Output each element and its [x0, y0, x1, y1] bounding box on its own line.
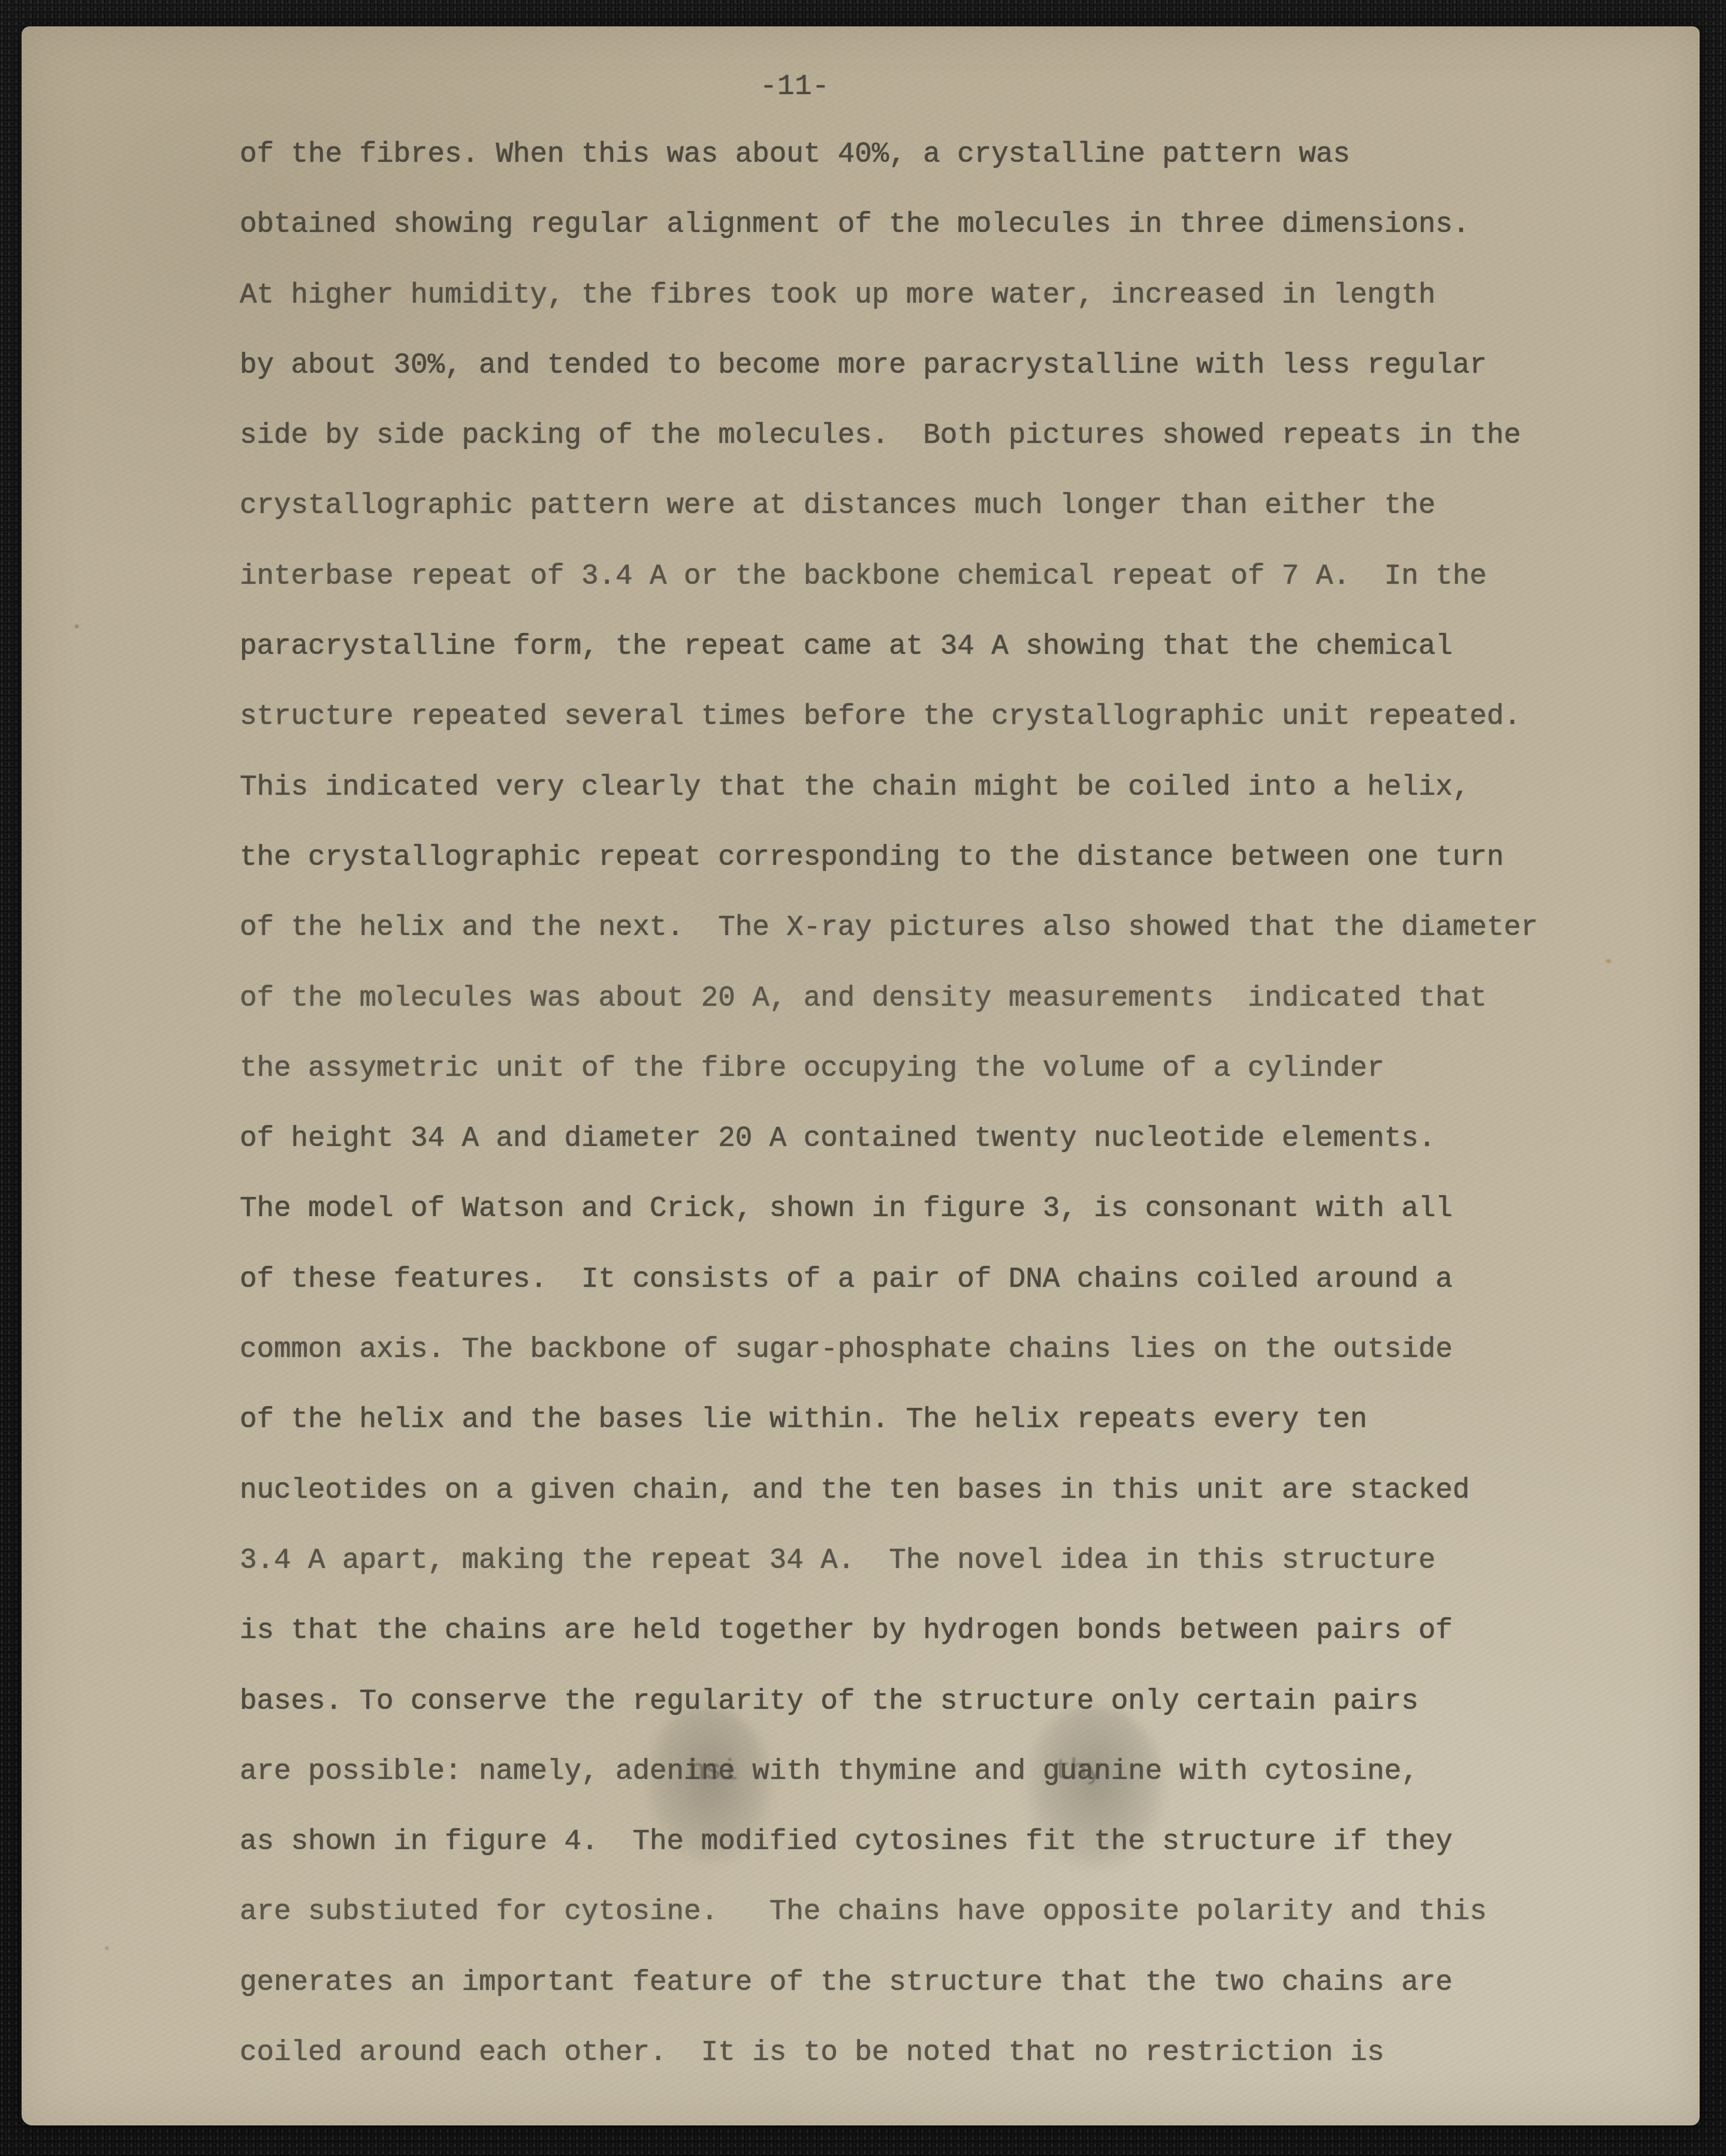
- typed-line: interbase repeat of 3.4 A or the backbon…: [240, 542, 1618, 612]
- typed-line: are substiuted for cytosine. The chains …: [240, 1877, 1618, 1947]
- typed-line: of height 34 A and diameter 20 A contain…: [240, 1104, 1618, 1174]
- typed-line: paracrystalline form, the repeat came at…: [240, 612, 1618, 682]
- typed-line: is that the chains are held together by …: [240, 1596, 1618, 1666]
- typed-line: the crystallographic repeat correspondin…: [240, 823, 1618, 893]
- typed-line: of the molecules was about 20 A, and den…: [240, 964, 1618, 1034]
- typed-line: of these features. It consists of a pair…: [240, 1245, 1618, 1315]
- typed-line: crystallographic pattern were at distanc…: [240, 471, 1618, 541]
- typed-line: the assymetric unit of the fibre occupyi…: [240, 1034, 1618, 1104]
- typed-line: of the fibres. When this was about 40%, …: [240, 120, 1618, 190]
- typed-line: of the helix and the bases lie within. T…: [240, 1385, 1618, 1455]
- typed-line: as shown in figure 4. The modified cytos…: [240, 1807, 1618, 1877]
- typed-line: common axis. The backbone of sugar-phosp…: [240, 1315, 1618, 1385]
- typed-line: are possible: namely, adenine with thymi…: [240, 1737, 1618, 1807]
- page-number: -11-: [760, 71, 829, 103]
- overstrike-ghost: thy: [1054, 1736, 1102, 1807]
- typed-line: of the helix and the next. The X-ray pic…: [240, 893, 1618, 963]
- typed-line: generates an important feature of the st…: [240, 1948, 1618, 2018]
- typed-line: obtained showing regular alignment of th…: [240, 190, 1618, 260]
- scan-background: -11- of the fibres. When this was about …: [0, 0, 1726, 2156]
- typed-line: bases. To conserve the regularity of the…: [240, 1667, 1618, 1737]
- typed-line: by about 30%, and tended to become more …: [240, 331, 1618, 401]
- typed-line: coiled around each other. It is to be no…: [240, 2018, 1618, 2088]
- typed-line: The model of Watson and Crick, shown in …: [240, 1174, 1618, 1244]
- typed-line: This indicated very clearly that the cha…: [240, 753, 1618, 823]
- typed-line: At higher humidity, the fibres took up m…: [240, 261, 1618, 331]
- typed-text-block: of the fibres. When this was about 40%, …: [240, 120, 1618, 2088]
- typed-line: nucleotides on a given chain, and the te…: [240, 1456, 1618, 1526]
- typed-line: 3.4 A apart, making the repeat 34 A. The…: [240, 1526, 1618, 1596]
- overstrike-ghost: hsi: [687, 1737, 737, 1808]
- typed-line: structure repeated several times before …: [240, 682, 1618, 752]
- typed-line: side by side packing of the molecules. B…: [240, 401, 1618, 471]
